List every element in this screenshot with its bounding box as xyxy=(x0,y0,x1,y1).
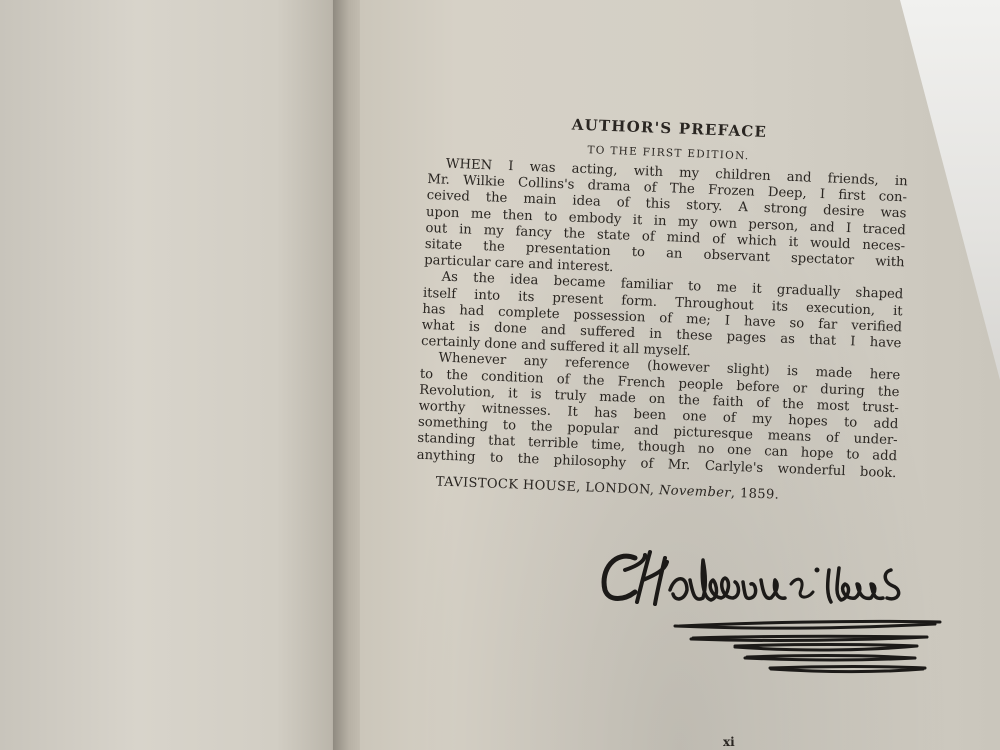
left-page xyxy=(0,0,345,750)
signoff-year: , 1859. xyxy=(731,486,780,503)
paragraph-1: WHEN I was acting, with my children and … xyxy=(424,156,908,288)
preface-text-block: AUTHOR'S PREFACE TO THE FIRST EDITION. W… xyxy=(415,110,909,507)
paragraph-3: Whenever any reference (however slight) … xyxy=(416,350,900,482)
page-number: xi xyxy=(723,735,735,749)
signature-icon xyxy=(595,540,945,675)
signoff-month: November xyxy=(659,483,732,501)
